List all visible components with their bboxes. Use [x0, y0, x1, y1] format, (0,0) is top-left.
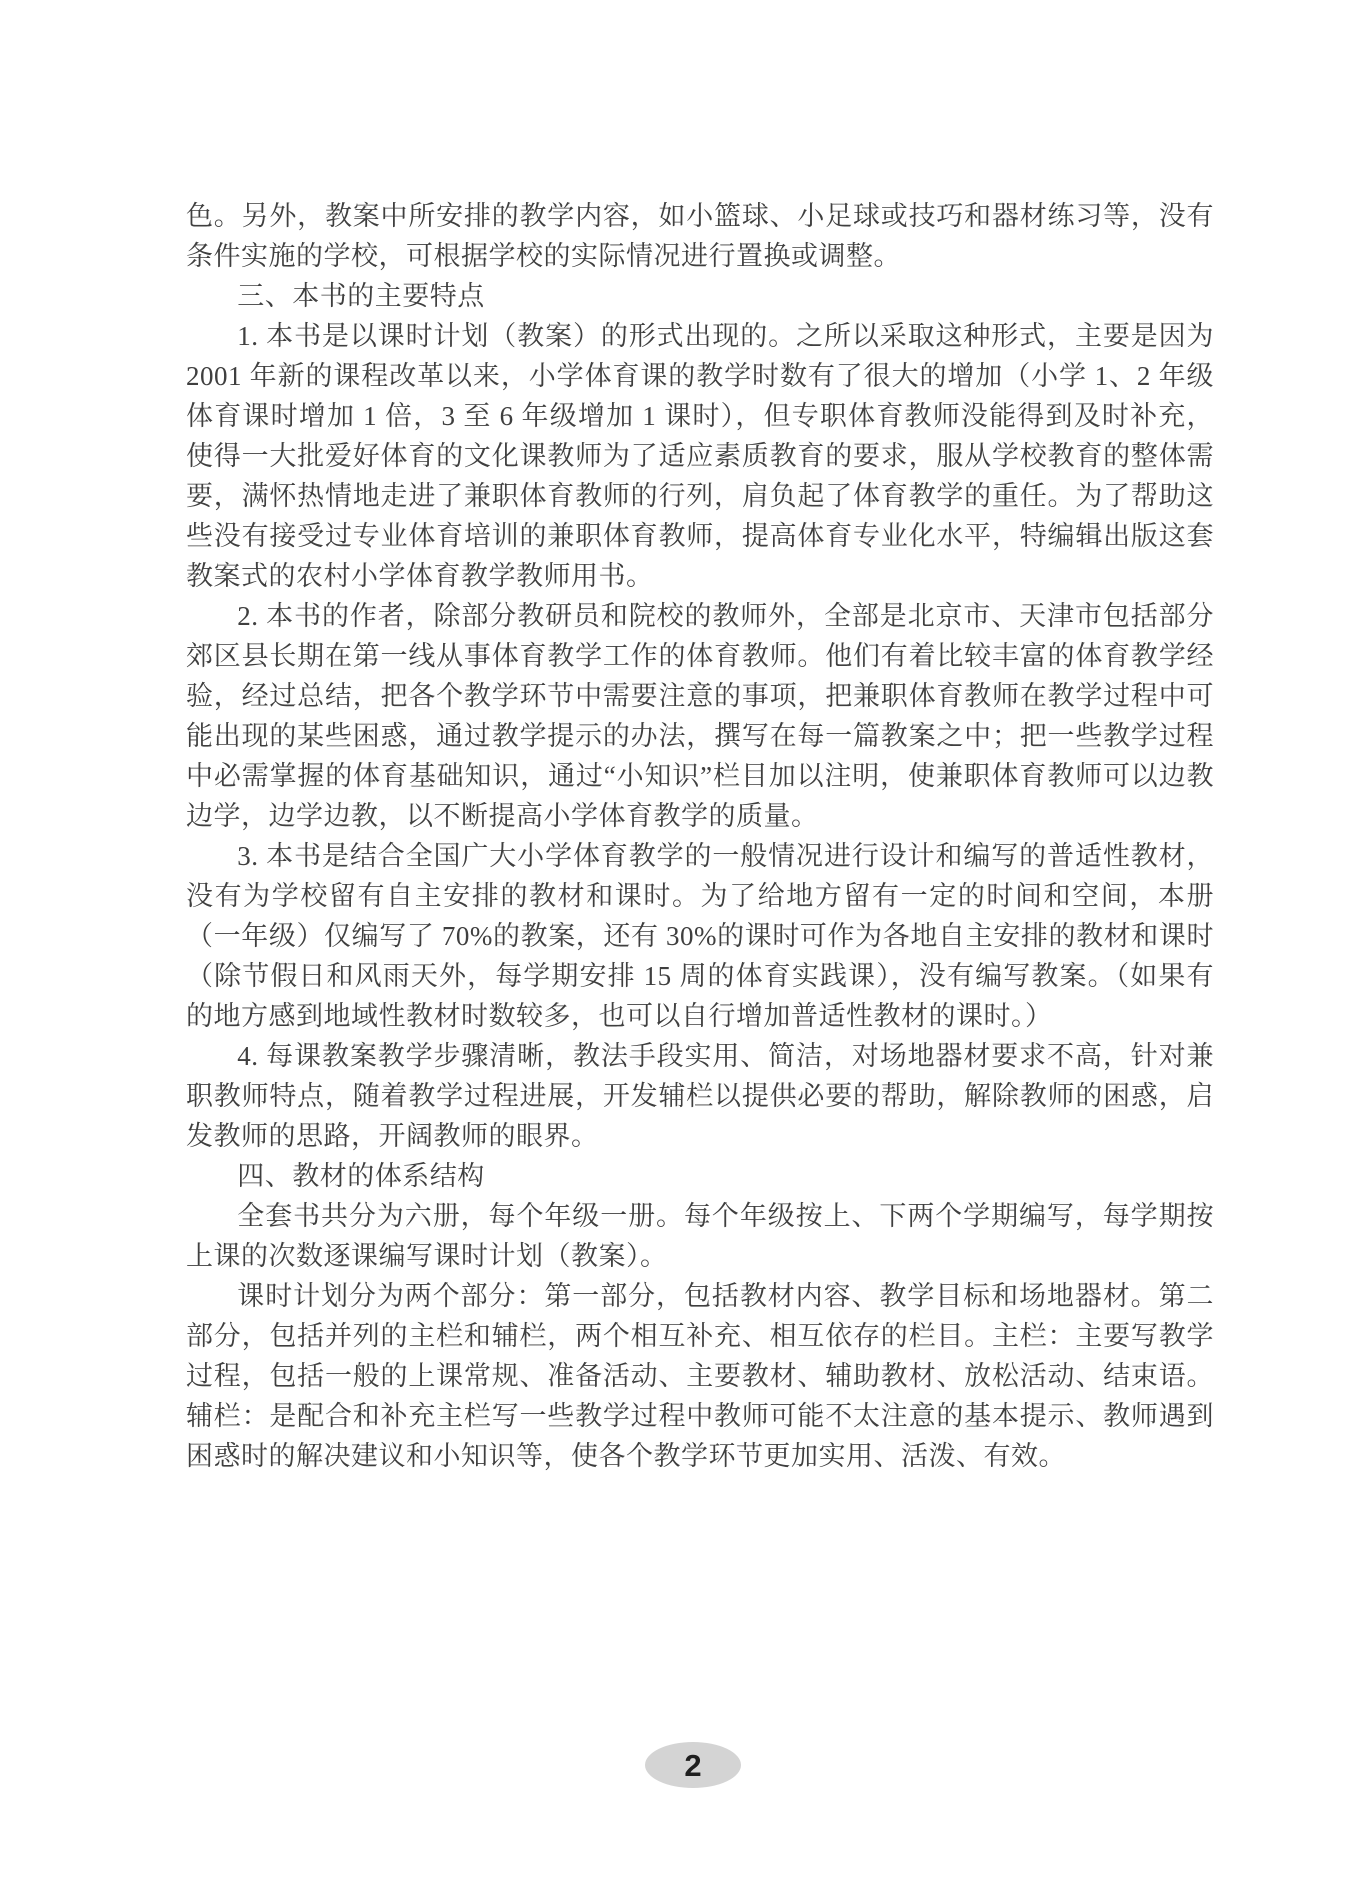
body-text: 色。另外，教案中所安排的教学内容，如小篮球、小足球或技巧和器材练习等，没有条件实…	[186, 196, 1214, 1476]
section-heading-3: 三、本书的主要特点	[186, 276, 1214, 316]
paragraph-feature-4: 4. 每课教案教学步骤清晰，教法手段实用、简洁，对场地器材要求不高，针对兼职教师…	[186, 1036, 1214, 1156]
paragraph-feature-2: 2. 本书的作者，除部分教研员和院校的教师外，全部是北京市、天津市包括部分郊区县…	[186, 596, 1214, 836]
section-heading-4: 四、教材的体系结构	[186, 1156, 1214, 1196]
paragraph-structure-2: 课时计划分为两个部分：第一部分，包括教材内容、教学目标和场地器材。第二部分，包括…	[186, 1276, 1214, 1476]
paragraph-feature-3: 3. 本书是结合全国广大小学体育教学的一般情况进行设计和编写的普适性教材，没有为…	[186, 836, 1214, 1036]
page-number-badge: 2	[645, 1742, 741, 1788]
paragraph-feature-1: 1. 本书是以课时计划（教案）的形式出现的。之所以采取这种形式，主要是因为 20…	[186, 316, 1214, 596]
paragraph-structure-1: 全套书共分为六册，每个年级一册。每个年级按上、下两个学期编写，每学期按上课的次数…	[186, 1196, 1214, 1276]
paragraph-continuation: 色。另外，教案中所安排的教学内容，如小篮球、小足球或技巧和器材练习等，没有条件实…	[186, 196, 1214, 276]
book-page: 色。另外，教案中所安排的教学内容，如小篮球、小足球或技巧和器材练习等，没有条件实…	[0, 0, 1353, 1885]
page-number: 2	[684, 1750, 701, 1781]
